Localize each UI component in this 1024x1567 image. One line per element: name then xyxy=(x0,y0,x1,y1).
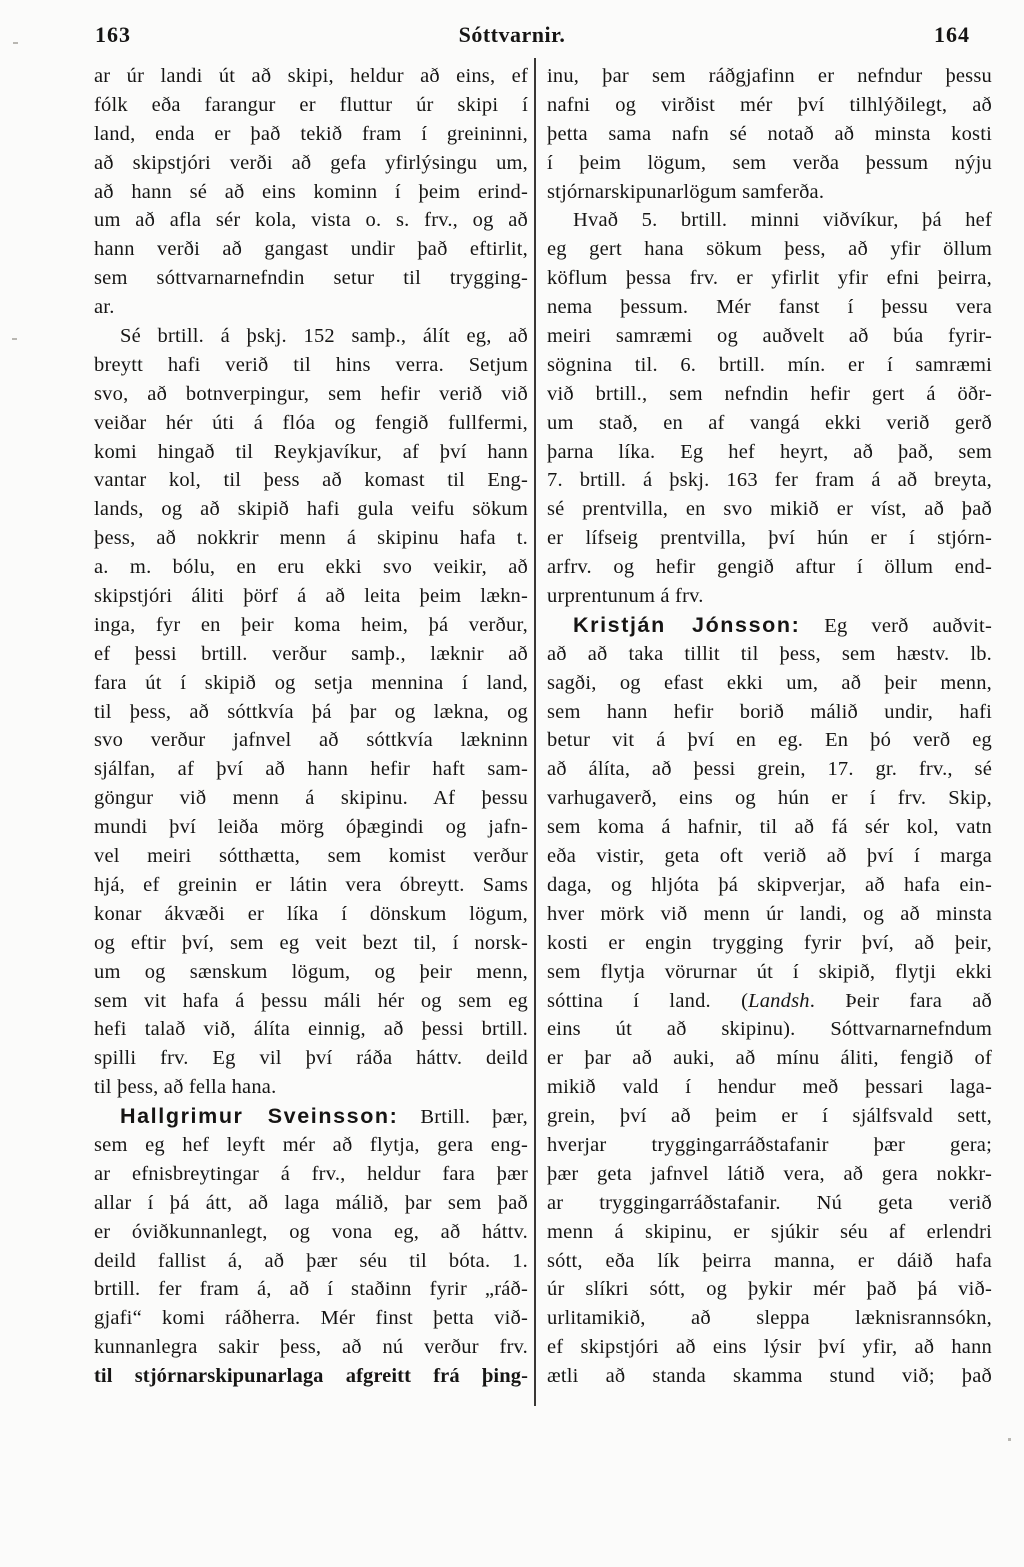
text-segment: . Þeir fara að xyxy=(810,990,992,1012)
text-line: ar úr landi út að skipi, heldur að eins,… xyxy=(94,62,528,91)
text-line: arfrv. og hefir gengið aftur í öllum end… xyxy=(547,553,992,582)
scan-speck xyxy=(13,42,18,44)
text-line: mundi því leiða mörg óþægindi og jafn- xyxy=(94,813,528,842)
text-line: vel meiri sótthætta, sem komist verður xyxy=(94,842,528,871)
text-line: menn á skipinu, er sjúkir séu af erlendr… xyxy=(547,1218,992,1247)
text-line: betur vit á því en eg. En þó verð eg xyxy=(547,726,992,755)
text-line: sótt, eða lík þeirra manna, er dáið hafa xyxy=(547,1247,992,1276)
text-line: hefi talað við, álíta einnig, að þessi b… xyxy=(94,1015,528,1044)
text-line: stjórnarskipunarlögum samferða. xyxy=(547,178,992,207)
text-line: breytt hafi verið til hins verra. Setjum xyxy=(94,351,528,380)
text-line: ar tryggingarráðstafanir. Nú geta verið xyxy=(547,1189,992,1218)
text-line: urlitamikið, að sleppa læknisrannsókn, xyxy=(547,1304,992,1333)
right-text-column: inu, þar sem ráðgjafinn er nefndur þessu… xyxy=(547,62,992,1391)
text-line: þarna líka. Eg hef heyrt, að það, sem xyxy=(547,438,992,467)
text-line: ef þessi brtill. verður samþ., læknir að xyxy=(94,640,528,669)
text-line: a. m. bólu, en eru ekki svo veikir, að xyxy=(94,553,528,582)
text-line: til þess, að sóttkvía þá þar og lækna, o… xyxy=(94,698,528,727)
text-line: er þar að auki, að mínu áliti, fengið of xyxy=(547,1044,992,1073)
text-line: um að afla sér kola, vista o. s. frv., o… xyxy=(94,206,528,235)
speaker-name: Hallgrimur Sveinsson: xyxy=(120,1104,398,1128)
text-line: konar ákvæði er líka í dönskum lögum, xyxy=(94,900,528,929)
text-line: ar. xyxy=(94,293,528,322)
text-line: að að taka tillit til þess, sem hæstv. l… xyxy=(547,640,992,669)
text-line: til þess, að fella hana. xyxy=(94,1073,528,1102)
column-divider xyxy=(534,58,536,1406)
speaker-name: Kristján Jónsson: xyxy=(573,613,800,637)
text-line: við brtill., sem nefndin hefir gert á öð… xyxy=(547,380,992,409)
text-line: sjálfan, af því að hann hefir haft sam- xyxy=(94,755,528,784)
text-line: um stað, en af vangá ekki verið gerð xyxy=(547,409,992,438)
text-line: meiri samræmi og auðvelt að búa fyrir- xyxy=(547,322,992,351)
text-line: sóttina í land. (Landsh. Þeir fara að xyxy=(547,987,992,1016)
text-line: mikið vald í hendur með þessari laga- xyxy=(547,1073,992,1102)
text-line: sem sóttvarnarnefndin setur til trygging… xyxy=(94,264,528,293)
text-line: gjafi“ komi ráðherra. Mér finst þetta vi… xyxy=(94,1304,528,1333)
scan-speck xyxy=(1008,1438,1011,1441)
text-line: hjá, ef greinin er látin vera óbreytt. S… xyxy=(94,871,528,900)
text-line: eins út að skipinu). Sóttvarnarnefndum xyxy=(547,1015,992,1044)
text-line: sem hann hefir borið málið undir, hafi xyxy=(547,698,992,727)
text-line: er óviðkunnanlegt, og vona eg, að háttv. xyxy=(94,1218,528,1247)
text-line: varhugaverð, eins og hún er í frv. Skip, xyxy=(547,784,992,813)
running-title: Sóttvarnir. xyxy=(0,22,1024,48)
text-line: ætli að standa skamma stund við; það xyxy=(547,1362,992,1391)
text-line: lands, og að skipið hafi gula veifu söku… xyxy=(94,495,528,524)
text-line: spilli frv. Eg vil því ráða háttv. deild xyxy=(94,1044,528,1073)
text-line: 7. brtill. á þskj. 163 fer fram á að bre… xyxy=(547,466,992,495)
text-line: göngur við menn á skipinu. Af þessu xyxy=(94,784,528,813)
text-line: nema þessum. Mér fanst í þessu vera xyxy=(547,293,992,322)
text-line: fólk eða farangur er fluttur úr skipi í xyxy=(94,91,528,120)
text-line: og eftir því, sem eg veit bezt til, í no… xyxy=(94,929,528,958)
text-line: skipstjóri áliti þörf á að leita þeim læ… xyxy=(94,582,528,611)
text-line: þess, að nokkrir menn á skipinu hafa t. xyxy=(94,524,528,553)
text-segment: Eg verð auðvit- xyxy=(800,615,992,637)
text-line: hver mörk við menn úr landi, og að minst… xyxy=(547,900,992,929)
text-line: svo, að botnverpingur, sem hefir verið v… xyxy=(94,380,528,409)
text-line: þetta sama nafn sé notað að minsta kosti xyxy=(547,120,992,149)
text-line: um og sænskum lögum, og þeir menn, xyxy=(94,958,528,987)
text-line: veiðar hér úti á flóa og fengið fullferm… xyxy=(94,409,528,438)
text-line: allar í þá átt, að laga málið, þar sem þ… xyxy=(94,1189,528,1218)
text-line: brtill. fer fram á, að í staðinn fyrir „… xyxy=(94,1275,528,1304)
text-line: úr slíkri sótt, og þykir mér það þá við- xyxy=(547,1275,992,1304)
text-line: grein, því að þeim er í sjálfsvald sett, xyxy=(547,1102,992,1131)
text-line: eg gert hana sökum þess, að yfir öllum xyxy=(547,235,992,264)
text-line: hann verði að gangast undir það eftirlit… xyxy=(94,235,528,264)
text-line: sagði, og efast ekki um, að þeir menn, xyxy=(547,669,992,698)
text-line: urprentunum á frv. xyxy=(547,582,992,611)
text-line: svo verður jafnvel að sóttkvía lækninn xyxy=(94,726,528,755)
text-line: er lífseig prentvilla, því hún er í stjó… xyxy=(547,524,992,553)
text-line: vantar kol, til þess að komast til Eng- xyxy=(94,466,528,495)
page-header: 163 Sóttvarnir. 164 xyxy=(0,22,1024,52)
text-line: kunnanlegra sakir þess, að nú verður frv… xyxy=(94,1333,528,1362)
text-line: fara út í skipið og setja mennina í land… xyxy=(94,669,528,698)
text-line: að hann sé að eins kominn í þeim erind- xyxy=(94,178,528,207)
text-line: Hallgrimur Sveinsson: Brtill. þær, xyxy=(94,1102,528,1131)
text-line: Sé brtill. á þskj. 152 samþ., álít eg, a… xyxy=(94,322,528,351)
document-page: 163 Sóttvarnir. 164 ar úr landi út að sk… xyxy=(0,0,1024,1567)
text-line: inu, þar sem ráðgjafinn er nefndur þessu xyxy=(547,62,992,91)
italic-text: Landsh xyxy=(748,990,810,1012)
text-line: Hvað 5. brtill. minni viðvíkur, þá hef xyxy=(547,206,992,235)
scan-speck xyxy=(12,338,17,340)
text-line: nafni og virðist mér því tilhlýðilegt, a… xyxy=(547,91,992,120)
text-line: hverjar tryggingarráðstafanir þær gera; xyxy=(547,1131,992,1160)
text-line: sem vit hafa á þessu máli hér og sem eg xyxy=(94,987,528,1016)
text-line: þær geta jafnvel látið vera, að gera nok… xyxy=(547,1160,992,1189)
text-line: sem flytja vörurnar út í skipið, flytji … xyxy=(547,958,992,987)
text-segment: Brtill. þær, xyxy=(398,1106,528,1128)
text-line: land, enda er það tekið fram í greininni… xyxy=(94,120,528,149)
text-line: kosti er engin trygging fyrir því, að þe… xyxy=(547,929,992,958)
text-line: sé prentvilla, en svo mikið er víst, að … xyxy=(547,495,992,524)
text-line: inga, fyr en þeir koma heim, þá verður, xyxy=(94,611,528,640)
text-line: eða vistir, geta oft verið að því í marg… xyxy=(547,842,992,871)
text-line: að skipstjóri verði að gefa yfirlýsingu … xyxy=(94,149,528,178)
text-line: sem koma á hafnir, til að fá sér kol, va… xyxy=(547,813,992,842)
text-line: komi hingað til Reykjavíkur, af því hann xyxy=(94,438,528,467)
text-line: sem eg hef leyft mér að flytja, gera eng… xyxy=(94,1131,528,1160)
left-text-column: ar úr landi út að skipi, heldur að eins,… xyxy=(94,62,528,1391)
text-line: ef skipstjóri að eins lýsir því yfir, að… xyxy=(547,1333,992,1362)
text-line: í þeim lögum, sem verða þessum nýju xyxy=(547,149,992,178)
text-line: daga, og hljóta þá skipverjar, að hafa e… xyxy=(547,871,992,900)
text-line: ar efnisbreytingar á frv., heldur fara þ… xyxy=(94,1160,528,1189)
text-line: köflum þessa frv. er yfirlit yfir efni þ… xyxy=(547,264,992,293)
text-line: að álíta, að þessi grein, 17. gr. frv., … xyxy=(547,755,992,784)
text-line: til stjórnarskipunarlaga afgreitt frá þi… xyxy=(94,1362,528,1391)
text-line: sögnina til. 6. brtill. mín. er í samræm… xyxy=(547,351,992,380)
text-line: deild fallist á, að þær séu til bóta. 1. xyxy=(94,1247,528,1276)
text-line: Kristján Jónsson: Eg verð auðvit- xyxy=(547,611,992,640)
text-segment: sóttina í land. ( xyxy=(547,990,748,1012)
page-number-right: 164 xyxy=(934,22,970,48)
